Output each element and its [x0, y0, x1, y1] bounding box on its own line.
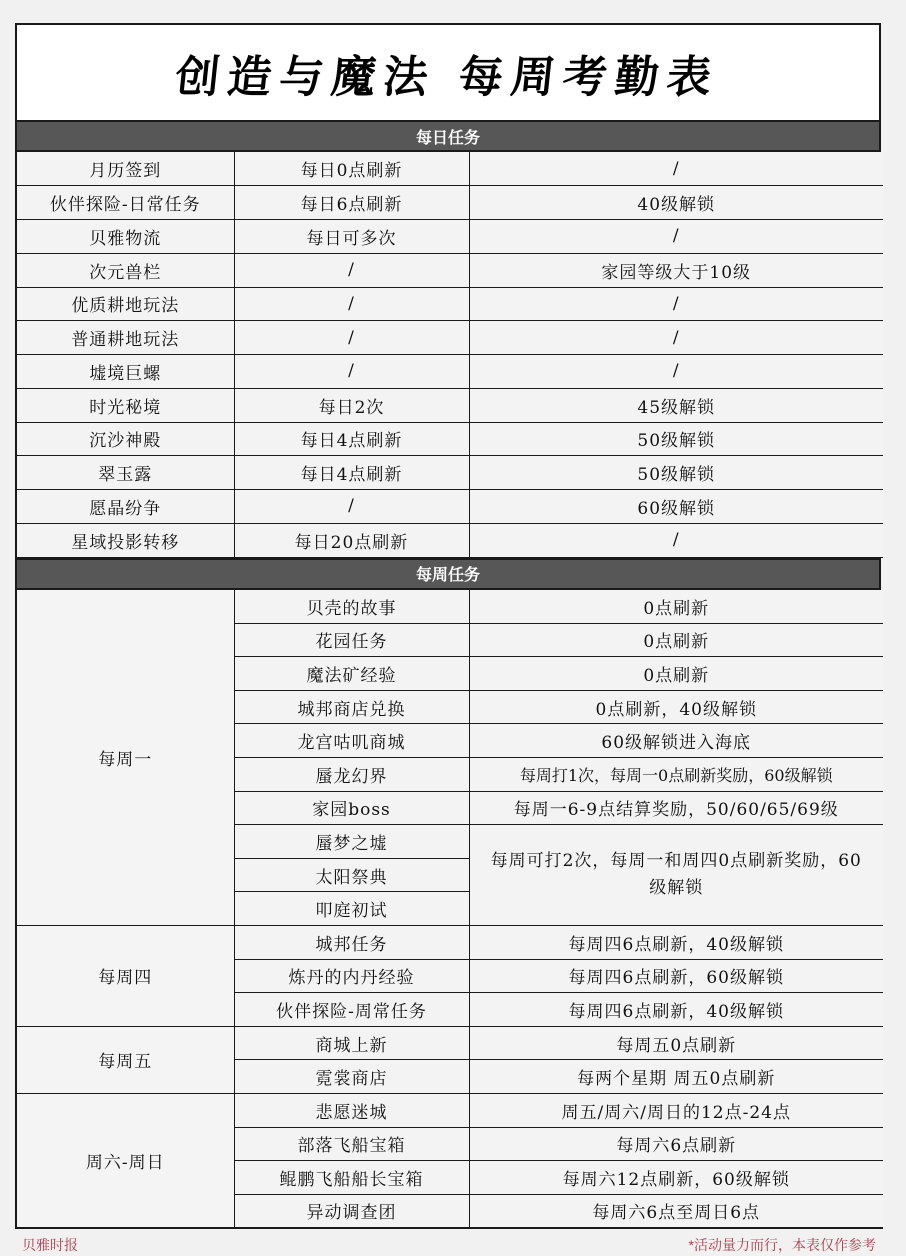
table-row: 墟境巨螺//: [17, 355, 883, 389]
task-name: 鲲鹏飞船船长宝箱: [234, 1161, 469, 1195]
refresh-time: 每日2次: [234, 388, 469, 422]
table-row: 每周一 贝壳的故事 0点刷新: [17, 590, 883, 624]
source-credit: 贝雅时报: [22, 1235, 78, 1255]
task-name: 家园boss: [234, 791, 469, 825]
refresh-time: /: [234, 490, 469, 524]
table-row: 翠玉露每日4点刷新50级解锁: [17, 456, 883, 490]
task-note: 每周四6点刷新，40级解锁: [469, 925, 883, 959]
weekly-section-header: 每周任务: [17, 558, 879, 590]
daily-table: 月历签到每日0点刷新/ 伙伴探险-日常任务每日6点刷新40级解锁 贝雅物流每日可…: [17, 152, 879, 558]
task-name: 城邦任务: [234, 925, 469, 959]
unlock-note: /: [469, 152, 883, 186]
task-name: 叩庭初试: [234, 892, 469, 926]
task-name: 龙宫咕叽商城: [234, 724, 469, 758]
table-row: 普通耕地玩法//: [17, 321, 883, 355]
task-note: 每周六12点刷新，60级解锁: [469, 1161, 883, 1195]
task-name: 月历签到: [17, 152, 234, 186]
unlock-note: /: [469, 523, 883, 557]
table-row: 每周五 商城上新 每周五0点刷新: [17, 1026, 883, 1060]
unlock-note: 60级解锁: [469, 490, 883, 524]
task-name: 霓裳商店: [234, 1060, 469, 1094]
task-name: 普通耕地玩法: [17, 321, 234, 355]
unlock-note: /: [469, 355, 883, 389]
weekly-table: 每周一 贝壳的故事 0点刷新 花园任务0点刷新 魔法矿经验0点刷新 城邦商店兑换…: [17, 590, 879, 1229]
task-name: 次元兽栏: [17, 253, 234, 287]
weekday-group-label: 周六-周日: [17, 1093, 234, 1227]
task-note: 每周打1次，每周一0点刷新奖励，60级解锁: [469, 757, 883, 791]
weekday-group-label: 每周四: [17, 925, 234, 1026]
table-row: 沉沙神殿每日4点刷新50级解锁: [17, 422, 883, 456]
refresh-time: /: [234, 321, 469, 355]
unlock-note: /: [469, 287, 883, 321]
task-name: 异动调查团: [234, 1194, 469, 1228]
task-note: 60级解锁进入海底: [469, 724, 883, 758]
task-name: 贝壳的故事: [234, 590, 469, 624]
attendance-sheet: 创造与魔法 每周考勤表 每日任务 月历签到每日0点刷新/ 伙伴探险-日常任务每日…: [15, 23, 881, 1229]
task-name: 沉沙神殿: [17, 422, 234, 456]
task-name: 花园任务: [234, 623, 469, 657]
refresh-time: 每日6点刷新: [234, 186, 469, 220]
task-note: 每周四6点刷新，40级解锁: [469, 993, 883, 1027]
task-note: 每周四6点刷新，60级解锁: [469, 959, 883, 993]
table-row: 周六-周日 悲愿迷城 周五/周六/周日的12点-24点: [17, 1093, 883, 1127]
refresh-time: /: [234, 355, 469, 389]
unlock-note: 50级解锁: [469, 456, 883, 490]
table-row: 时光秘境每日2次45级解锁: [17, 388, 883, 422]
refresh-time: /: [234, 253, 469, 287]
title-box: 创造与魔法 每周考勤表: [17, 25, 879, 120]
task-note: 0点刷新，40级解锁: [469, 690, 883, 724]
task-note: 每周六6点刷新: [469, 1127, 883, 1161]
task-name: 太阳祭典: [234, 858, 469, 892]
task-note: 0点刷新: [469, 623, 883, 657]
task-name: 伙伴探险-周常任务: [234, 993, 469, 1027]
unlock-note: 家园等级大于10级: [469, 253, 883, 287]
task-name: 蜃龙幻界: [234, 757, 469, 791]
task-name: 墟境巨螺: [17, 355, 234, 389]
task-note: 0点刷新: [469, 590, 883, 624]
task-name: 星域投影转移: [17, 523, 234, 557]
weekday-group-label: 每周五: [17, 1026, 234, 1093]
unlock-note: /: [469, 321, 883, 355]
task-name: 翠玉露: [17, 456, 234, 490]
refresh-time: 每日4点刷新: [234, 456, 469, 490]
task-note: 每周六6点至周日6点: [469, 1194, 883, 1228]
table-row: 次元兽栏/家园等级大于10级: [17, 253, 883, 287]
task-note: 每周五0点刷新: [469, 1026, 883, 1060]
daily-section-header: 每日任务: [17, 120, 879, 152]
table-row: 每周四 城邦任务 每周四6点刷新，40级解锁: [17, 925, 883, 959]
weekday-group-label: 每周一: [17, 590, 234, 926]
task-name: 悲愿迷城: [234, 1093, 469, 1127]
task-note: 每周一6-9点结算奖励，50/60/65/69级: [469, 791, 883, 825]
table-row: 伙伴探险-日常任务每日6点刷新40级解锁: [17, 186, 883, 220]
task-name: 商城上新: [234, 1026, 469, 1060]
refresh-time: 每日0点刷新: [234, 152, 469, 186]
task-note: 0点刷新: [469, 657, 883, 691]
unlock-note: 50级解锁: [469, 422, 883, 456]
refresh-time: 每日20点刷新: [234, 523, 469, 557]
task-note: 每两个星期 周五0点刷新: [469, 1060, 883, 1094]
unlock-note: /: [469, 220, 883, 254]
task-name: 伙伴探险-日常任务: [17, 186, 234, 220]
task-note-merged: 每周可打2次，每周一和周四0点刷新奖励，60级解锁: [469, 825, 883, 926]
table-row: 优质耕地玩法//: [17, 287, 883, 321]
table-row: 愿晶纷争/60级解锁: [17, 490, 883, 524]
page-title: 创造与魔法 每周考勤表: [173, 41, 723, 105]
task-name: 魔法矿经验: [234, 657, 469, 691]
unlock-note: 45级解锁: [469, 388, 883, 422]
task-name: 优质耕地玩法: [17, 287, 234, 321]
unlock-note: 40级解锁: [469, 186, 883, 220]
refresh-time: /: [234, 287, 469, 321]
refresh-time: 每日可多次: [234, 220, 469, 254]
table-row: 月历签到每日0点刷新/: [17, 152, 883, 186]
task-name: 城邦商店兑换: [234, 690, 469, 724]
disclaimer-note: *活动量力而行，本表仅作参考: [689, 1235, 876, 1255]
table-row: 贝雅物流每日可多次/: [17, 220, 883, 254]
table-row: 星域投影转移每日20点刷新/: [17, 523, 883, 557]
task-name: 贝雅物流: [17, 220, 234, 254]
task-note: 周五/周六/周日的12点-24点: [469, 1093, 883, 1127]
task-name: 蜃梦之墟: [234, 825, 469, 859]
task-name: 愿晶纷争: [17, 490, 234, 524]
task-name: 炼丹的内丹经验: [234, 959, 469, 993]
task-name: 部落飞船宝箱: [234, 1127, 469, 1161]
refresh-time: 每日4点刷新: [234, 422, 469, 456]
task-name: 时光秘境: [17, 388, 234, 422]
